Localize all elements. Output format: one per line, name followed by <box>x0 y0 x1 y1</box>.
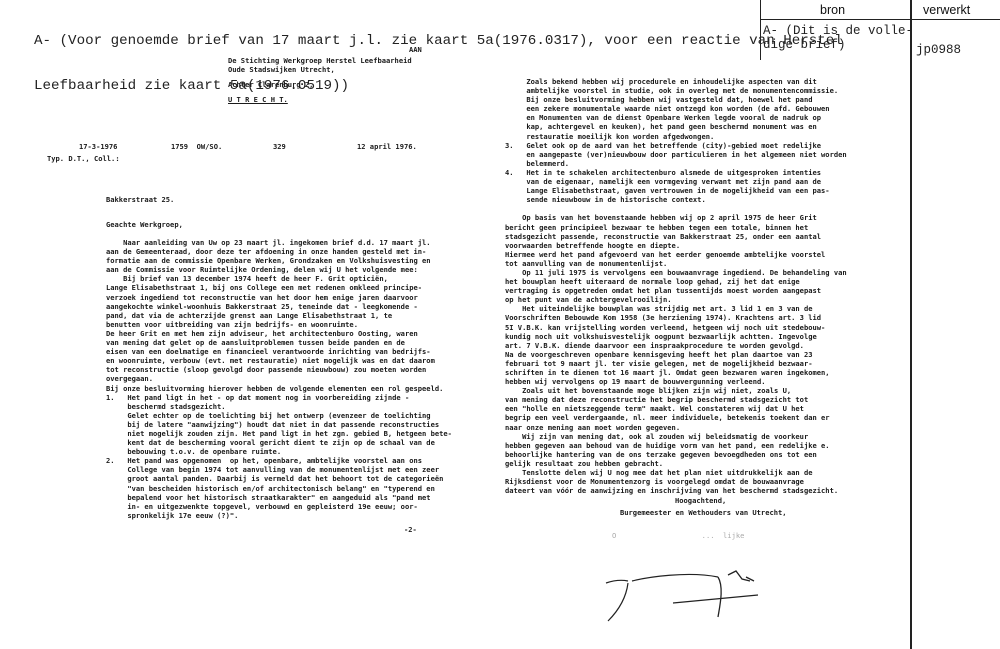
letter-body-left: Naar aanleiding van Uw op 23 maart jl. i… <box>106 238 452 520</box>
body-right-line: Op 11 juli 1975 is vervolgens een bouwaa… <box>505 268 847 277</box>
body-right-line: Rijksdienst voor de Monumentenzorg is vo… <box>505 477 847 486</box>
body-right-line: kap, achtergevel en keuken), het pand ge… <box>505 122 847 131</box>
body-left-line: Bij onze besluitvorming hierover hebben … <box>106 384 452 393</box>
body-right-line: schriften in te dienen tot 16 maart jl. … <box>505 368 847 377</box>
body-left-line: overgegaan. <box>106 374 452 383</box>
caption-line-1: A- (Voor genoemde brief van 17 maart j.l… <box>34 34 843 49</box>
body-right-line: stadsgezicht passende, reconstructie van… <box>505 232 847 241</box>
body-right-line: Na de voorgeschreven openbare kennisgevi… <box>505 350 847 359</box>
table-divider-middle <box>910 0 912 649</box>
body-right-line: 5I V.B.K. kan vrijstelling worden verlee… <box>505 323 847 332</box>
body-right-line: een "holle en nietszeggende term" maakt.… <box>505 404 847 413</box>
body-right-line: Voorschriften Bebouwde Kom 1958 (3e herz… <box>505 313 847 322</box>
body-right-line: van mening dat deze reconstructie het be… <box>505 395 847 404</box>
body-left-line: en woonruimte, verbouw (evt. met restaur… <box>106 356 452 365</box>
faded-stamp: O ... lijke <box>612 531 744 540</box>
body-right-line: hebben wij vervolgens op 19 maart de bou… <box>505 377 847 386</box>
body-left-line: bebouwing t.o.v. de openbare ruimte. <box>106 447 452 456</box>
handwritten-signature <box>598 565 778 625</box>
body-left-line: Naar aanleiding van Uw op 23 maart jl. i… <box>106 238 452 247</box>
body-right-line: naar onze mening aan moet worden gegeven… <box>505 423 847 432</box>
body-left-line: aan de Gemeenteraad, door deze ter afdoe… <box>106 247 452 256</box>
body-right-line: en Monumenten van de dienst Openbare Wer… <box>505 113 847 122</box>
body-right-line: sende nieuwbouw in de historische contex… <box>505 195 847 204</box>
body-right-line: bericht geen principieel bezwaar te hebb… <box>505 223 847 232</box>
salutation: Geachte Werkgroep, <box>106 220 183 229</box>
body-right-line: art. 7 V.B.K. diende daarvoor een inspra… <box>505 341 847 350</box>
address-line-2: Oude Stadswijken Utrecht, <box>228 65 335 74</box>
body-left-line: groot aantal panden. Daarbij is vermeld … <box>106 474 452 483</box>
body-left-line: Bij brief van 13 december 1974 heeft de … <box>106 274 452 283</box>
body-right-line: behoorlijke hantering van de ons terzake… <box>505 450 847 459</box>
body-left-line: aan de Commissie voor Ruimtelijke Ordeni… <box>106 265 452 274</box>
body-right-line: van de eigenaar, namelijk een vormgeving… <box>505 177 847 186</box>
body-right-line: voorwaarden betreffende hoogte en diepte… <box>505 241 847 250</box>
letter-body-right: Zoals bekend hebben wij procedurele en i… <box>505 77 847 495</box>
body-left-line: aangekochte winkel-woonhuis Bakkerstraat… <box>106 302 452 311</box>
address-line-1: De Stichting Werkgroep Herstel Leefbaarh… <box>228 56 412 65</box>
body-left-line: 1. Het pand ligt in het - op dat moment … <box>106 393 452 402</box>
body-left-line: van mening dat gelet op de aansluitprobl… <box>106 338 452 347</box>
body-right-line: gelijk resultaat zou hebben gebracht. <box>505 459 847 468</box>
body-right-line: Bij onze besluitvorming hebben wij vastg… <box>505 95 847 104</box>
body-right-line: een zekere monumentale waarde niet ontze… <box>505 104 847 113</box>
verwerkt-value: jp0988 <box>916 43 961 57</box>
body-right-line: kundig noch uit volkshuisvestelijk oogpu… <box>505 332 847 341</box>
body-right-line: dateert van vóór de aanwijzing en inschr… <box>505 486 847 495</box>
body-left-line: College van begin 1974 tot aanvulling va… <box>106 465 452 474</box>
body-right-line: hebben gegeven aan behoud van de huidige… <box>505 441 847 450</box>
body-right-line: Lange Elisabethstraat, gaven vertrouwen … <box>505 186 847 195</box>
body-left-line: in- en uitgezwenkte topgevel, verbouwd e… <box>106 502 452 511</box>
body-right-line: Wij zijn van mening dat, ook al zouden w… <box>505 432 847 441</box>
body-right-line: Op basis van het bovenstaande hebben wij… <box>505 213 847 222</box>
body-left-line: beschermd stadsgezicht. <box>106 402 452 411</box>
body-left-line: 2. Het pand was opgenomen op het, openba… <box>106 456 452 465</box>
body-right-line: Het uiteindelijke bouwplan was strijdig … <box>505 304 847 313</box>
body-right-line: vertraging is opgetreden omdat het plan … <box>505 286 847 295</box>
body-right-line: en aangepaste (ver)nieuwbouw door partic… <box>505 150 847 159</box>
closing: Hoogachtend, <box>675 496 726 505</box>
body-left-line: Lange Elisabethstraat 1, bij ons College… <box>106 283 452 292</box>
body-right-line: het bouwplan heeft uiteraard de normale … <box>505 277 847 286</box>
subject-line: Bakkerstraat 25. <box>106 195 174 204</box>
body-left-line: benutten voor uitbreiding van zijn bedri… <box>106 320 452 329</box>
body-right-line: belemmerd. <box>505 159 847 168</box>
body-left-line: pand, dat via de achterzijde grenst aan … <box>106 311 452 320</box>
header-verwerkt: verwerkt <box>923 3 970 17</box>
body-left-line: bij de latere "aanwijzing") houdt dat ni… <box>106 420 452 429</box>
body-right-line: Tenslotte delen wij U nog mee dat het pl… <box>505 468 847 477</box>
table-divider-left <box>760 0 761 60</box>
body-left-line: De heer Grit en met hem zijn adviseur, h… <box>106 329 452 338</box>
body-left-line: Gelet echter op de toelichting bij het o… <box>106 411 452 420</box>
body-right-line: ambtelijke voorstel in studie, ook in ov… <box>505 86 847 95</box>
reference-date: 17-3-1976 <box>79 142 117 151</box>
reference-number: 1759 OW/SO. <box>171 142 222 151</box>
page-number: -2- <box>404 525 417 534</box>
body-left-line: eisen van een doelmatige en financieel v… <box>106 347 452 356</box>
reference-count: 329 <box>273 142 286 151</box>
body-right-line: Zoals uit het bovenstaande moge blijken … <box>505 386 847 395</box>
body-right-line: begrip een veel verdergaande, nl. meer i… <box>505 413 847 422</box>
aan-label: AAN <box>409 45 422 54</box>
body-left-line: spronkelijk 17e eeuw (?)". <box>106 511 452 520</box>
body-right-line: tot aanvulling van de monumentenlijst. <box>505 259 847 268</box>
body-left-line: verzoek ingediend tot reconstructie van … <box>106 293 452 302</box>
table-header-rule <box>760 19 1000 20</box>
address-line-3: Achter Clarenburg 2, <box>228 80 313 89</box>
bron-line-1: A- (Dit is de volle- <box>763 24 913 38</box>
body-right-line: Hiermee werd het pand afgevoerd van het … <box>505 250 847 259</box>
body-left-line: niet mogelijk zouden zijn. Het pand ligt… <box>106 429 452 438</box>
body-right-line: 4. Het in te schakelen architectenburo a… <box>505 168 847 177</box>
address-line-4: U T R E C H T. <box>228 95 288 104</box>
body-right-line: restauratie moeilijk kon worden afgedwon… <box>505 132 847 141</box>
body-right-line <box>505 204 847 213</box>
header-bron: bron <box>820 3 845 17</box>
body-right-line: Zoals bekend hebben wij procedurele en i… <box>505 77 847 86</box>
body-left-line: bepalend voor het historisch straatkarak… <box>106 493 452 502</box>
bron-line-2: dige brief) <box>763 38 846 52</box>
typist-line: Typ. D.T., Coll.: <box>47 154 120 163</box>
body-right-line: op het punt van de achtergevelrooilijn. <box>505 295 847 304</box>
body-left-line: tot reconstructie (sloop gevolgd door pa… <box>106 365 452 374</box>
body-right-line: februari tot 9 maart jl. ter visie geleg… <box>505 359 847 368</box>
body-left-line: "van bescheiden historisch en/of archite… <box>106 484 452 493</box>
body-left-line: kent dat de bescherming vooral gericht d… <box>106 438 452 447</box>
letter-date: 12 april 1976. <box>357 142 417 151</box>
signatory: Burgemeester en Wethouders van Utrecht, <box>620 508 787 517</box>
body-left-line: formatie aan de commissie Openbare Werke… <box>106 256 452 265</box>
body-right-line: 3. Gelet ook op de aard van het betreffe… <box>505 141 847 150</box>
